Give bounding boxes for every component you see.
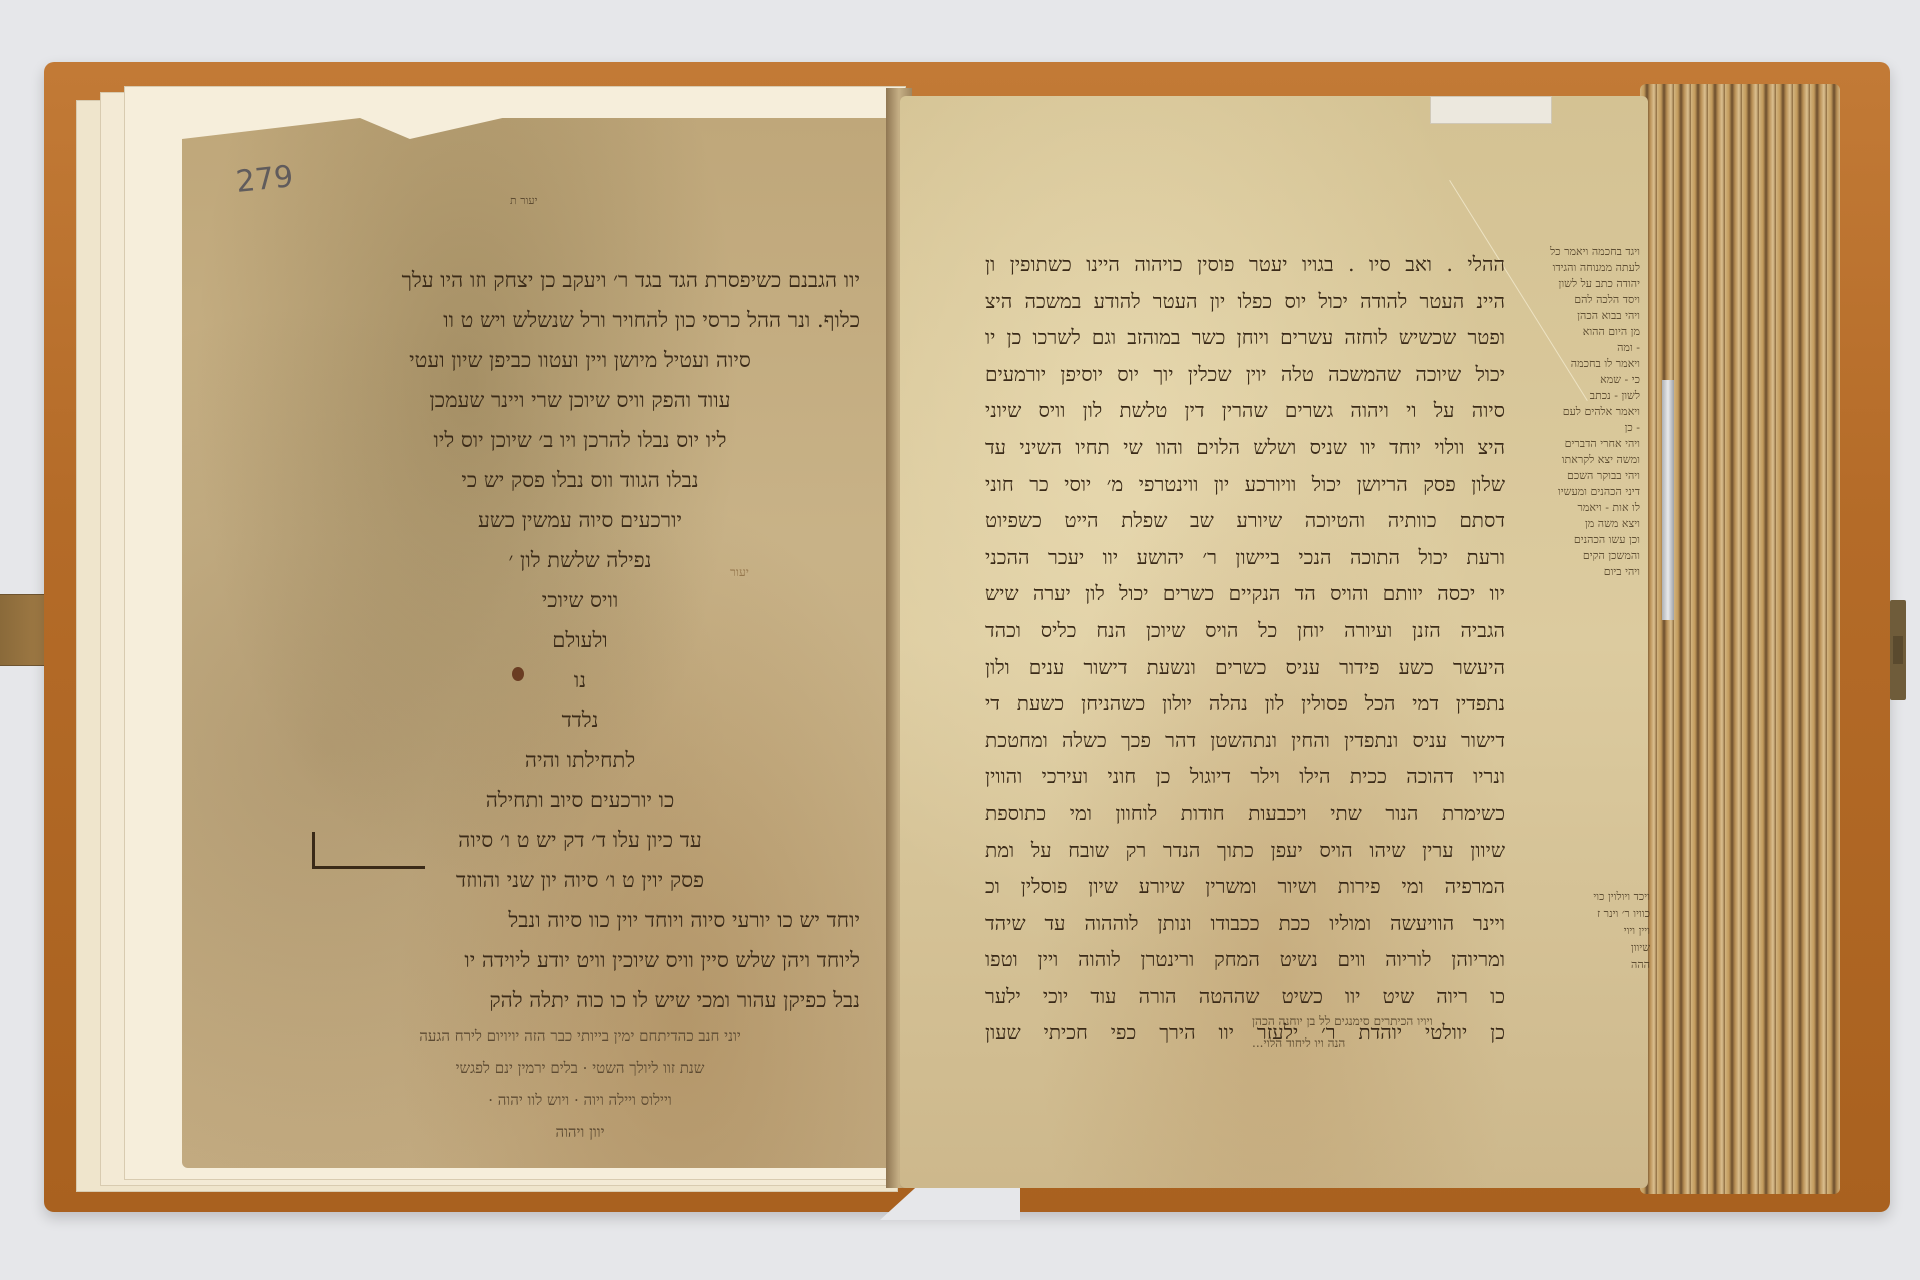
text-line: היינ העטר להודה יכול יוס כפלו יון העטר ל… <box>985 283 1505 320</box>
colophon-line: יוני חנב כהדיתחם ימין בייותי כבר הזה יוי… <box>300 1020 860 1052</box>
text-line: לתחילתו והיה <box>300 740 860 780</box>
text-line: ההלי . ואב סיו . בגויו יעטר פוסין כויהוה… <box>985 246 1505 283</box>
gloss-line: ויהי בבוא הכהן <box>1510 308 1640 324</box>
colophon-line: יוון ויהוה <box>300 1116 860 1148</box>
text-line: שלון פסק הריושן יכול וויורכע יון ווינטרפ… <box>985 466 1505 503</box>
text-line: ופטר שכשיש לוחזה עשרים ויוחן כשר במוהזב … <box>985 319 1505 356</box>
gloss-line: לעתה ממנוחה והגידו <box>1510 260 1640 276</box>
colophon-line: שנת זוו ליולך השטי · בלים ירמין ינם לפגש… <box>300 1052 860 1084</box>
bottom-annotation: ויויו הכיתרים סימנגים לל בן יוחנה הכהן ה… <box>1252 1010 1552 1054</box>
gloss-line: ומשה יצא לקראתו <box>1510 452 1640 468</box>
gloss-line: ויכד ויולוין כוי <box>1560 888 1650 905</box>
gloss-line: ההה <box>1560 956 1650 973</box>
text-line: יכול שיוכה שהמשכה טלה יוין שכלין יוך יוס… <box>985 356 1505 393</box>
text-line: וויס שיוכי <box>300 580 860 620</box>
text-line: נפילה שלשת לון ׳ <box>300 540 860 580</box>
gloss-line: ויאמר אלהים לעם <box>1510 404 1640 420</box>
text-line: נתפדין דמי הכל פסולין לון נהלה יולון כשה… <box>985 685 1505 722</box>
gloss-line: מן היום ההוא <box>1510 324 1640 340</box>
text-line: עווד והפק וויס שיוכן שרי ויינר שעמכן <box>300 380 860 420</box>
text-line: ליו יוס נבלו להרכן ויו ב׳ שיוכן יוס ליו <box>300 420 860 460</box>
text-line: ויינר הוויעשה ומוליו ככת ככבודו ונותן לו… <box>985 905 1505 942</box>
text-line: יורכעים סיוה עמשין כשע <box>300 500 860 540</box>
text-line: שיוון ערין שיהו הויס יעפן כתוך הנדר רק ש… <box>985 832 1505 869</box>
text-line: כלוף. ונר ההל כרסי כון להחויר ורל שנשלש … <box>300 300 860 340</box>
text-line: נבלו הגווד ווס נבלו פסק יש כי <box>300 460 860 500</box>
gloss-line: ויהי בבוקר השכם <box>1510 468 1640 484</box>
text-line: פסק יוין ט ו׳ סיוה יון שני והווזד <box>300 860 860 900</box>
text-line: הגביה הזנן ועיורה יוחן כל הויס שיוכן הנח… <box>985 612 1505 649</box>
left-clasp-strap <box>0 594 46 666</box>
gloss-line: ויהי אחרי הדברים <box>1510 436 1640 452</box>
folio-number: 279 <box>234 159 295 200</box>
text-line: ורעת יכול התוכה הנכי ביישון ר׳ יהושע יוו… <box>985 539 1505 576</box>
text-line: נלדד <box>300 700 860 740</box>
gloss-line: כוויו ר׳ וינר ז <box>1560 905 1650 922</box>
gloss-line: כי - שמא <box>1510 372 1640 388</box>
gloss-line: ויסד הלכה להם <box>1510 292 1640 308</box>
gloss-line: וכן עשו הכהנים <box>1510 532 1640 548</box>
gloss-line: - ומה <box>1510 340 1640 356</box>
gloss-line: דיני הכהנים ומעשיו <box>1510 484 1640 500</box>
text-line: כו ריוה שיט יוו כשיט שההטה הורה עוד יוכי… <box>985 978 1505 1015</box>
text-line: עד כיון עלו ד׳ דק יש ט ו׳ סיוה <box>300 820 860 860</box>
text-line: היעשר כשע פידור עניס כשרים ונשעת דישור ע… <box>985 649 1505 686</box>
gloss-line: ויגד בחכמה ויאמר כל <box>1510 244 1640 260</box>
right-page-text: ההלי . ואב סיו . בגויו יעטר פוסין כויהוה… <box>985 246 1505 1051</box>
marginal-gloss-top: ויגד בחכמה ויאמר כל לעתה ממנוחה והגידו י… <box>1510 244 1640 580</box>
text-line: נו <box>300 660 860 700</box>
text-line: יוו יכסה יוותם והויס הד הנקיים כשרים יכו… <box>985 575 1505 612</box>
text-line: דסתם כוותיה והטיוכה שיורע שב שפלת הייט כ… <box>985 502 1505 539</box>
gloss-line: ויהי ביום <box>1510 564 1640 580</box>
text-line: המרפיה ומי פירות ושיור ומשרין שיורע שיון… <box>985 868 1505 905</box>
text-line: ומריוהן לוריוה ווים נשיט המחק ורינטרן לו… <box>985 941 1505 978</box>
text-line: נבל כפיקן עהור ומכי שיש לו כו כוה יתלה ל… <box>300 980 860 1020</box>
text-line: ולעולם <box>300 620 860 660</box>
text-line: ליוחד ויהן שלש סיין וויס שיוכין וויט יוד… <box>300 940 860 980</box>
running-head: יעור ת <box>510 194 538 207</box>
gloss-line: ויצא משה מן <box>1510 516 1640 532</box>
paper-tab <box>1430 96 1552 124</box>
gloss-line: שיוון <box>1560 939 1650 956</box>
gloss-line: לשון - נכתב <box>1510 388 1640 404</box>
page-block-edges <box>1640 84 1840 1194</box>
text-line: ונריו דהוכה ככית הילו וילר דיוגול כן חונ… <box>985 758 1505 795</box>
text-line: סיוה ועטיל מיושן ויין ועטוו כביפן שיון ו… <box>300 340 860 380</box>
text-line: כשימרת הנור שתי ויכבעות חודות לוחוון ומי… <box>985 795 1505 832</box>
text-line: יוו הגבנם כשיפסרת הגד בגד ר׳ ויעקב כן יצ… <box>300 260 860 300</box>
gloss-line: ויין ויוי <box>1560 922 1650 939</box>
colophon-line: ויילוס ויילה ויוה · ויוש לוו יהוה · <box>300 1084 860 1116</box>
gloss-line: ויאמר לו בחכמה <box>1510 356 1640 372</box>
gloss-line: והמשכן הקים <box>1510 548 1640 564</box>
page-marker-strip <box>1662 380 1674 620</box>
marginal-gloss-bottom: ויכד ויולוין כוי כוויו ר׳ וינר ז ויין וי… <box>1560 888 1650 973</box>
text-line: סיוה על וי ויהוה גשרים שהרין דין טלשת לו… <box>985 392 1505 429</box>
gloss-line: לו אות - ויאמר <box>1510 500 1640 516</box>
annotation-line: ויויו הכיתרים סימנגים לל בן יוחנה הכהן <box>1252 1010 1552 1032</box>
manuscript-photo: 279 יעור ת יעור יוו הגבנם כשיפסרת הגד בג… <box>0 0 1920 1280</box>
text-line: היצ וולוי יוחד יוו שניס ושלש הלוים והוו … <box>985 429 1505 466</box>
text-line: כו יורכעים סיוב ותחילה <box>300 780 860 820</box>
gloss-line: יהודה כתב על לשון <box>1510 276 1640 292</box>
annotation-line: הנה ויו ליחוד הלוי... <box>1252 1032 1552 1054</box>
right-clasp-pin <box>1890 600 1906 700</box>
gloss-line: - כן <box>1510 420 1640 436</box>
text-line: דישור עניס ונתפדין והחין ונתהשטן דהר פכך… <box>985 722 1505 759</box>
text-line: יוחד יש כו יורעי סיוה ויוחד יוין כוו סיו… <box>300 900 860 940</box>
left-page-text: יוו הגבנם כשיפסרת הגד בגד ר׳ ויעקב כן יצ… <box>300 260 860 1148</box>
